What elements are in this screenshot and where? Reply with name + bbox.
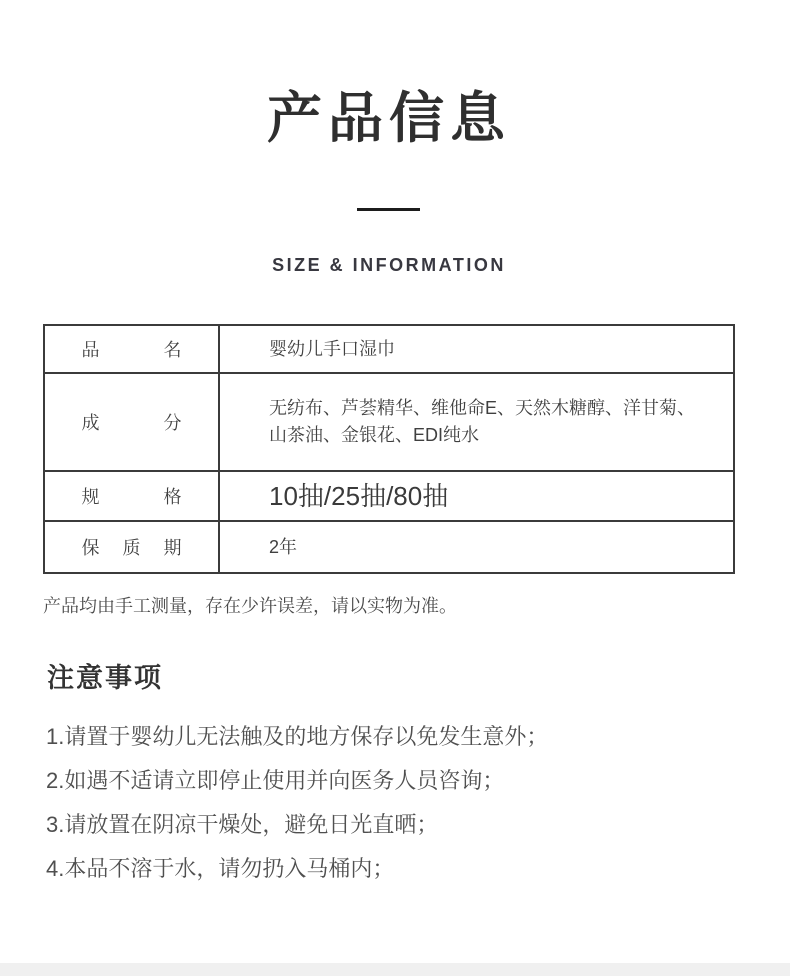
row-label-cell: 成分 [45,374,220,470]
row-label-cell: 保质期 [45,522,220,572]
table-row-shelf-life: 保质期 2年 [45,520,733,572]
row-label: 成分 [82,409,182,435]
table-row-ingredients: 成分 无纺布、芦荟精华、维他命E、天然木糖醇、洋甘菊、山茶油、金银花、EDI纯水 [45,372,733,470]
row-label-cell: 品名 [45,326,220,372]
measurement-note: 产品均由手工测量，存在少许误差，请以实物为准。 [43,594,457,618]
row-label-cell: 规格 [45,472,220,520]
table-row-spec: 规格 10抽/25抽/80抽 [45,470,733,520]
row-value-cell: 无纺布、芦荟精华、维他命E、天然木糖醇、洋甘菊、山茶油、金银花、EDI纯水 [220,374,733,470]
page-subtitle: SIZE & INFORMATION [43,255,735,275]
page-title: 产品信息 [43,88,735,148]
row-value-cell: 2年 [220,522,733,572]
row-value: 10抽/25抽/80抽 [269,483,448,510]
notice-item: 2.如遇不适请立即停止使用并向医务人员咨询； [46,766,735,796]
content-area: 产品信息 SIZE & INFORMATION 品名 婴幼儿手口湿巾 成分 无纺… [43,0,735,976]
notice-item: 1.请置于婴幼儿无法触及的地方保存以免发生意外； [46,722,735,752]
notice-item: 4.本品不溶于水，请勿扔入马桶内； [46,854,735,884]
row-value: 无纺布、芦荟精华、维他命E、天然木糖醇、洋甘菊、山茶油、金银花、EDI纯水 [269,395,701,449]
product-info-table: 品名 婴幼儿手口湿巾 成分 无纺布、芦荟精华、维他命E、天然木糖醇、洋甘菊、山茶… [43,324,735,574]
notices-list: 1.请置于婴幼儿无法触及的地方保存以免发生意外； 2.如遇不适请立即停止使用并向… [46,722,735,898]
row-label: 品名 [82,336,182,362]
notices-heading: 注意事项 [47,662,163,694]
row-value: 2年 [269,534,297,561]
product-info-page: 产品信息 SIZE & INFORMATION 品名 婴幼儿手口湿巾 成分 无纺… [0,0,790,976]
table-row-name: 品名 婴幼儿手口湿巾 [45,326,733,372]
row-label: 保质期 [82,534,182,560]
footer-band [0,963,790,976]
row-value: 婴幼儿手口湿巾 [269,336,395,363]
row-value-cell: 婴幼儿手口湿巾 [220,326,733,372]
notice-item: 3.请放置在阴凉干燥处，避免日光直晒； [46,810,735,840]
title-divider [357,208,420,211]
row-label: 规格 [82,483,182,509]
row-value-cell: 10抽/25抽/80抽 [220,472,733,520]
